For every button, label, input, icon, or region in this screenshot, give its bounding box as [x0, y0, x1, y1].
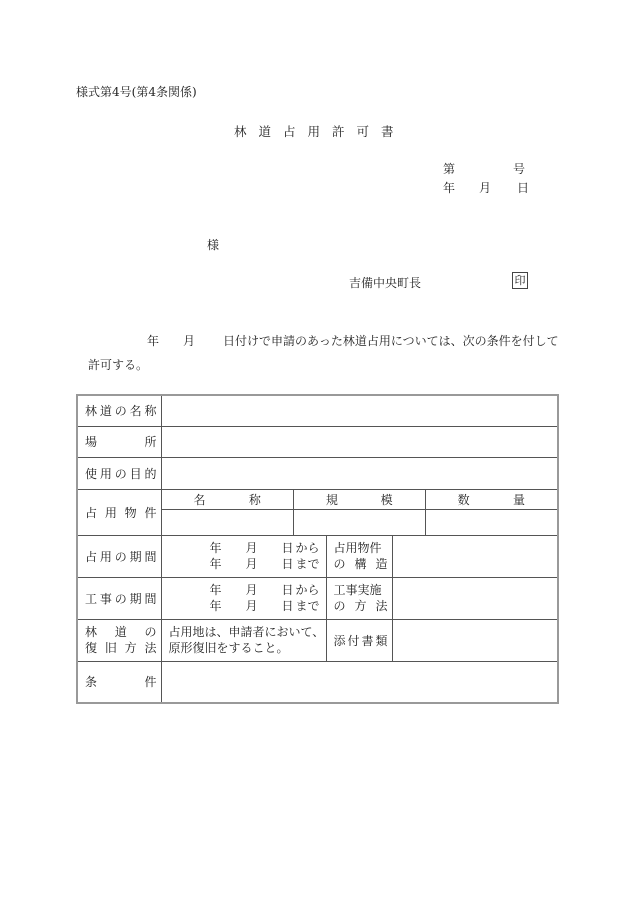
permit-table: 林道の名称 場所 使用の目的 占用物件 名称 規模	[76, 394, 559, 704]
issue-number-suffix: 号	[513, 162, 525, 176]
method-field[interactable]	[392, 577, 558, 619]
issue-number: 第号	[443, 160, 525, 177]
row-purpose: 使用の目的	[77, 457, 558, 489]
attachments-field[interactable]	[392, 619, 558, 661]
restoration-method-text: 占用地は、申請者において、 原形復旧をすること。	[161, 619, 326, 661]
conditions-field[interactable]	[161, 661, 558, 703]
row-conditions: 条件	[77, 661, 558, 703]
construction-period-field[interactable]: 年月日から 年月日まで	[161, 577, 326, 619]
row-construction-period: 工事の期間 年月日から 年月日まで 工事実施 の方法	[77, 577, 558, 619]
body-text-line2: 許可する。	[88, 356, 148, 373]
row-location: 場所	[77, 426, 558, 457]
seal-mark: 印	[512, 272, 528, 289]
row-restoration: 林道の 復旧方法 占用地は、申請者において、 原形復旧をすること。 添付書類	[77, 619, 558, 661]
objects-subtable-cell: 名称 規模 数量	[161, 489, 558, 535]
occupancy-period-label: 占用の期間	[77, 535, 161, 577]
objects-header-name: 名称	[162, 490, 294, 510]
objects-name-field[interactable]	[162, 510, 294, 535]
attachments-label: 添付書類	[326, 619, 392, 661]
structure-label: 占用物件 の構造	[326, 535, 392, 577]
body-rest: 日付けで申請のあった林道占用については、次の条件を付して	[223, 332, 559, 349]
body-text-line1: 年月日付けで申請のあった林道占用については、次の条件を付して	[147, 332, 559, 349]
objects-subtable: 名称 規模 数量	[162, 490, 558, 535]
issue-year: 年	[443, 179, 479, 196]
row-objects: 占用物件 名称 規模 数量	[77, 489, 558, 535]
purpose-label: 使用の目的	[77, 457, 161, 489]
restoration-label: 林道の 復旧方法	[77, 619, 161, 661]
objects-header-scale: 規模	[293, 490, 425, 510]
objects-quantity-field[interactable]	[425, 510, 557, 535]
addressee-honorific: 様	[207, 236, 219, 253]
construction-period-label: 工事の期間	[77, 577, 161, 619]
row-occupancy-period: 占用の期間 年月日から 年月日まで 占用物件 の構造	[77, 535, 558, 577]
objects-header-quantity: 数量	[425, 490, 557, 510]
body-year: 年	[147, 332, 183, 349]
purpose-field[interactable]	[161, 457, 558, 489]
issue-month: 月	[479, 179, 517, 196]
issuer-name: 吉備中央町長	[349, 274, 421, 291]
method-label: 工事実施 の方法	[326, 577, 392, 619]
objects-scale-field[interactable]	[293, 510, 425, 535]
conditions-label: 条件	[77, 661, 161, 703]
location-field[interactable]	[161, 426, 558, 457]
body-month: 月	[183, 332, 223, 349]
issue-date: 年月日	[443, 179, 529, 196]
issue-number-prefix: 第	[443, 160, 513, 177]
document-title: 林道占用許可書	[234, 122, 406, 140]
issue-day: 日	[517, 179, 529, 196]
occupancy-period-field[interactable]: 年月日から 年月日まで	[161, 535, 326, 577]
road-name-label: 林道の名称	[77, 395, 161, 426]
row-road-name: 林道の名称	[77, 395, 558, 426]
location-label: 場所	[77, 426, 161, 457]
objects-label: 占用物件	[77, 489, 161, 535]
road-name-field[interactable]	[161, 395, 558, 426]
form-number: 様式第4号(第4条関係)	[76, 83, 197, 100]
structure-field[interactable]	[392, 535, 558, 577]
